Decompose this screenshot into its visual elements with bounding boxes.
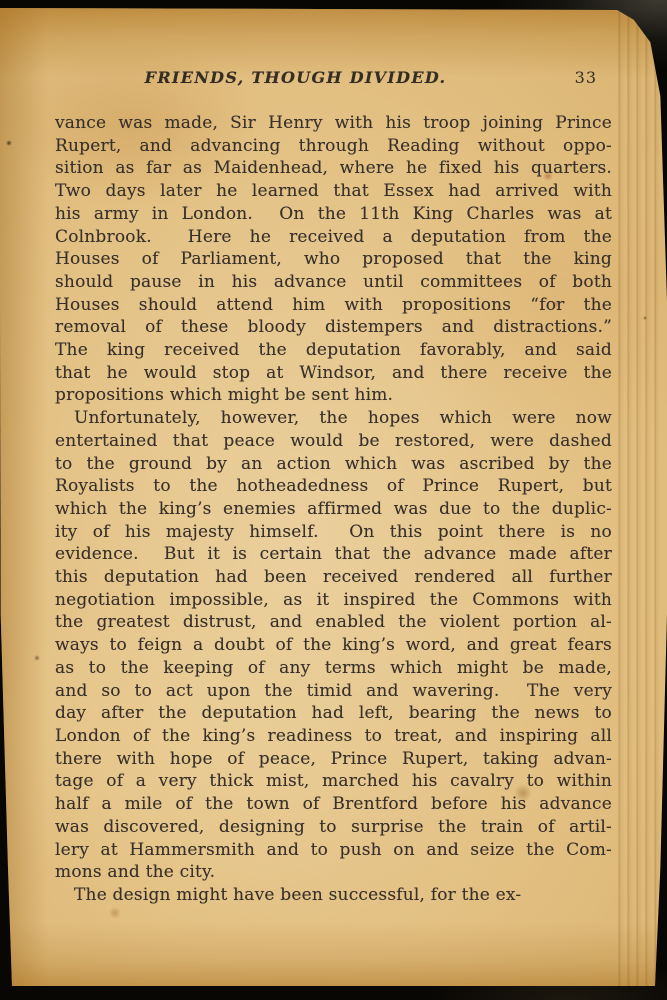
- text-line: Rupert, and advancing through Reading wi…: [55, 135, 612, 158]
- text-line: Houses should attend him with propositio…: [55, 294, 612, 317]
- book-scan: FRIENDS, THOUGH DIVIDED. 33 vance was ma…: [0, 0, 667, 1000]
- text-line: there with hope of peace, Prince Rupert,…: [55, 748, 612, 771]
- page-stack-edges: [615, 8, 659, 986]
- text-line: evidence. But it is certain that the adv…: [55, 543, 612, 566]
- paragraph: Unfortunately, however, the hopes which …: [55, 407, 612, 884]
- text-line: his army in London. On the 11th King Cha…: [55, 203, 612, 226]
- book-page: FRIENDS, THOUGH DIVIDED. 33 vance was ma…: [0, 8, 667, 986]
- running-header: FRIENDS, THOUGH DIVIDED. 33: [55, 68, 612, 94]
- text-line: ity of his majesty himself. On this poin…: [55, 521, 612, 544]
- text-line: was discovered, designing to surprise th…: [55, 816, 612, 839]
- paragraph: vance was made, Sir Henry with his troop…: [55, 112, 612, 407]
- paragraph: The design might have been successful, f…: [55, 884, 612, 907]
- text-line: as to the keeping of any terms which mig…: [55, 657, 612, 680]
- text-line: that he would stop at Windsor, and there…: [55, 362, 612, 385]
- text-line: to the ground by an action which was asc…: [55, 453, 612, 476]
- text-line: sition as far as Maidenhead, where he fi…: [55, 157, 612, 180]
- text-line: mons and the city.: [55, 861, 612, 884]
- text-line: entertained that peace would be restored…: [55, 430, 612, 453]
- text-line: lery at Hammersmith and to push on and s…: [55, 839, 612, 862]
- text-line: which the king’s enemies affirmed was du…: [55, 498, 612, 521]
- text-line: this deputation had been received render…: [55, 566, 612, 589]
- text-line: vance was made, Sir Henry with his troop…: [55, 112, 612, 135]
- text-line: propositions which might be sent him.: [55, 384, 612, 407]
- text-line: should pause in his advance until commit…: [55, 271, 612, 294]
- text-line: ways to feign a doubt of the king’s word…: [55, 634, 612, 657]
- page-body: vance was made, Sir Henry with his troop…: [55, 112, 612, 907]
- text-line: Two days later he learned that Essex had…: [55, 180, 612, 203]
- text-line: day after the deputation had left, beari…: [55, 702, 612, 725]
- text-line: and so to act upon the timid and waverin…: [55, 680, 612, 703]
- text-line: Colnbrook. Here he received a deputation…: [55, 226, 612, 249]
- text-line: removal of these bloody distempers and d…: [55, 316, 612, 339]
- text-line: tage of a very thick mist, marched his c…: [55, 770, 612, 793]
- text-line: half a mile of the town of Brentford bef…: [55, 793, 612, 816]
- text-line: The king received the deputation favorab…: [55, 339, 612, 362]
- text-line: The design might have been successful, f…: [55, 884, 612, 907]
- page-number: 33: [575, 68, 597, 87]
- text-line: the greatest distrust, and enabled the v…: [55, 611, 612, 634]
- running-header-title: FRIENDS, THOUGH DIVIDED.: [145, 68, 447, 87]
- text-line: Unfortunately, however, the hopes which …: [55, 407, 612, 430]
- text-line: Royalists to the hotheadedness of Prince…: [55, 475, 612, 498]
- text-line: negotiation impossible, as it inspired t…: [55, 589, 612, 612]
- text-line: Houses of Parliament, who proposed that …: [55, 248, 612, 271]
- text-line: London of the king’s readiness to treat,…: [55, 725, 612, 748]
